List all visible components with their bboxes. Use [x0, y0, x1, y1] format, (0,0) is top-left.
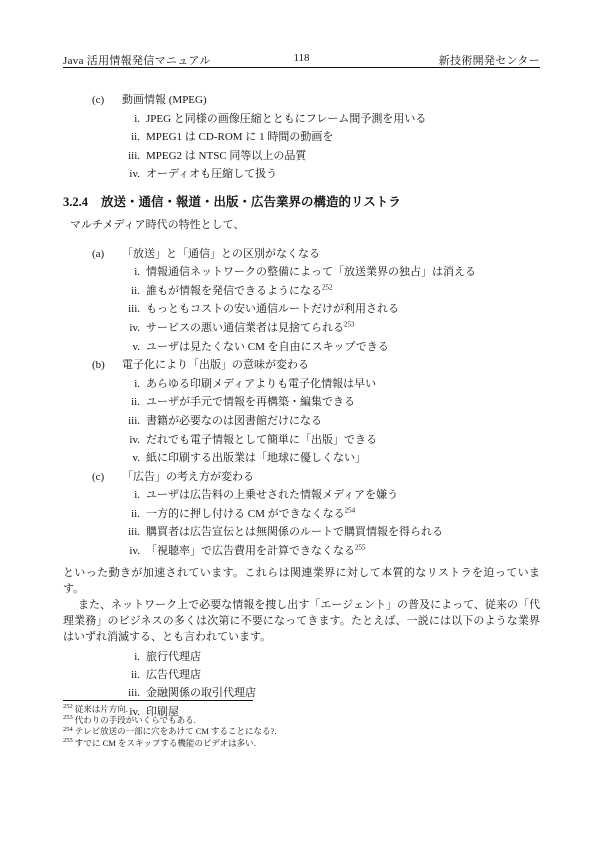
block-label: (c): [92, 91, 110, 110]
footnote-ref: 253: [344, 320, 355, 328]
item-number: ii.: [63, 128, 140, 147]
item-text: ユーザが手元で情報を再構築・編集できる: [140, 393, 355, 412]
list-item: i. ユーザは広告料の上乗せされた情報メディアを嫌う: [63, 486, 540, 505]
block-heading: (c)「広告」の考え方が変わる: [63, 468, 540, 487]
item-text: 誰もが情報を発信できるようになる: [146, 285, 322, 297]
block-label: (c): [92, 468, 110, 487]
list-item: iv. サービスの悪い通信業者は見捨てられる253: [63, 319, 540, 338]
item-text: あらゆる印刷メディアよりも電子化情報は早い: [140, 375, 376, 394]
mpeg-block: (c)動画情報 (MPEG) i. JPEG と同様の画像圧縮とともにフレーム間…: [63, 91, 540, 184]
item-number: iii.: [63, 412, 140, 431]
block-heading: (c)動画情報 (MPEG): [63, 91, 540, 110]
item-text: オーディオも圧縮して扱う: [140, 165, 277, 184]
page-body: (c)動画情報 (MPEG) i. JPEG と同様の画像圧縮とともにフレーム間…: [63, 90, 540, 721]
list-item: ii. 誰もが情報を発信できるようになる252: [63, 282, 540, 301]
list-item: i. 情報通信ネットワークの整備によって「放送業界の独占」は消える: [63, 263, 540, 282]
list-item: i. あらゆる印刷メディアよりも電子化情報は早い: [63, 375, 540, 394]
footnote: 254テレビ放送の一部に穴をあけて CM することになる?.: [63, 726, 540, 737]
item-text: MPEG2 は NTSC 同等以上の品質: [140, 147, 306, 166]
item-text: 書籍が必要なのは図書館だけになる: [140, 412, 322, 431]
footnote-text: テレビ放送の一部に穴をあけて CM することになる?.: [75, 726, 277, 736]
item-number: i.: [63, 110, 140, 129]
footnote-separator: [63, 700, 253, 701]
item-number: iii.: [63, 523, 140, 542]
item-number: i.: [63, 263, 140, 282]
item-text: 購買者は広告宣伝とは無関係のルートで購買情報を得られる: [140, 523, 443, 542]
footnote-ref: 254: [345, 506, 356, 514]
item-text: もっともコストの安い通信ルートだけが利用される: [140, 300, 399, 319]
item-text: JPEG と同様の画像圧縮とともにフレーム間予測を用いる: [140, 110, 426, 129]
item-number: iv.: [63, 542, 140, 561]
item-number: ii.: [63, 282, 140, 301]
item-text: 旅行代理店: [140, 648, 201, 666]
list-item: ii. MPEG1 は CD-ROM に 1 時間の動画を: [63, 128, 540, 147]
item-text: サービスの悪い通信業者は見捨てられる: [146, 322, 344, 334]
topic-block-a: (a)「放送」と「通信」との区別がなくなる i. 情報通信ネットワークの整備によ…: [63, 245, 540, 357]
footnote-area: 252従来は片方向. 253代わりの手段がいくらでもある. 254テレビ放送の一…: [63, 700, 540, 749]
list-item: v. ユーザは見たくない CM を自由にスキップできる: [63, 338, 540, 357]
footnote-text: 従来は片方向.: [75, 704, 128, 714]
document-page: Java 活用情報発信マニュアル 118 新技術開発センター (c)動画情報 (…: [0, 0, 595, 841]
list-item: iii. 購買者は広告宣伝とは無関係のルートで購買情報を得られる: [63, 523, 540, 542]
item-number: i.: [63, 375, 140, 394]
list-item: iii. もっともコストの安い通信ルートだけが利用される: [63, 300, 540, 319]
footnote: 252従来は片方向.: [63, 704, 540, 715]
topic-block-b: (b)電子化により「出版」の意味が変わる i. あらゆる印刷メディアよりも電子化…: [63, 356, 540, 468]
item-number: v.: [63, 338, 140, 357]
block-heading: (a)「放送」と「通信」との区別がなくなる: [63, 245, 540, 264]
item-number: i.: [63, 486, 140, 505]
item-number: ii.: [63, 393, 140, 412]
footnote-number: 252: [63, 703, 73, 710]
item-text: 「視聴率」で広告費用を計算できなくなる: [146, 545, 355, 557]
item-number: v.: [63, 449, 140, 468]
list-item: iv. 「視聴率」で広告費用を計算できなくなる255: [63, 542, 540, 561]
item-number: ii.: [63, 666, 140, 684]
running-header: Java 活用情報発信マニュアル 118 新技術開発センター: [63, 52, 540, 68]
list-item: v. 紙に印刷する出版業は「地球に優しくない」: [63, 449, 540, 468]
body-paragraph: といった動きが加速されています。これらは関連業界に対して本質的なリストラを迫って…: [63, 565, 540, 597]
item-text: ユーザは広告料の上乗せされた情報メディアを嫌う: [140, 486, 398, 505]
block-title: 「広告」の考え方が変わる: [122, 471, 254, 483]
list-item: iv. だれでも電子情報として簡単に「出版」できる: [63, 431, 540, 450]
footnote-number: 253: [63, 714, 73, 721]
item-number: iv.: [63, 165, 140, 184]
list-item: iv. オーディオも圧縮して扱う: [63, 165, 540, 184]
item-number: i.: [63, 648, 140, 666]
block-title: 「放送」と「通信」との区別がなくなる: [122, 248, 320, 260]
list-item: ii. ユーザが手元で情報を再構築・編集できる: [63, 393, 540, 412]
item-number: iii.: [63, 300, 140, 319]
item-text: 一方的に押し付ける CM ができなくなる: [146, 508, 345, 520]
item-text: 紙に印刷する出版業は「地球に優しくない」: [140, 449, 366, 468]
footnote-ref: 252: [322, 283, 333, 291]
list-item: ii. 広告代理店: [63, 666, 540, 684]
item-text: ユーザは見たくない CM を自由にスキップできる: [140, 338, 389, 357]
item-number: iv.: [63, 319, 140, 338]
footnote-text: 代わりの手段がいくらでもある.: [75, 715, 196, 725]
list-item: i. 旅行代理店: [63, 648, 540, 666]
header-title: Java 活用情報発信マニュアル: [63, 52, 211, 68]
list-item: i. JPEG と同様の画像圧縮とともにフレーム間予測を用いる: [63, 110, 540, 129]
footnote-text: すでに CM をスキップする機能のビデオは多い.: [75, 738, 256, 748]
intro-paragraph: マルチメディア時代の特性として、: [63, 216, 540, 235]
item-text: 情報通信ネットワークの整備によって「放送業界の独占」は消える: [140, 263, 476, 282]
block-title: 動画情報 (MPEG): [122, 94, 207, 106]
item-number: iii.: [63, 147, 140, 166]
block-label: (a): [92, 245, 110, 264]
block-label: (b): [92, 356, 110, 375]
item-text: 広告代理店: [140, 666, 201, 684]
list-item: iii. 書籍が必要なのは図書館だけになる: [63, 412, 540, 431]
section-number: 3.2.4: [63, 195, 88, 209]
section-title: 放送・通信・報道・出版・広告業界の構造的リストラ: [101, 195, 401, 209]
item-number: ii.: [63, 505, 140, 524]
footnote: 255すでに CM をスキップする機能のビデオは多い.: [63, 738, 540, 749]
topic-block-c: (c)「広告」の考え方が変わる i. ユーザは広告料の上乗せされた情報メディアを…: [63, 468, 540, 561]
item-text: だれでも電子情報として簡単に「出版」できる: [140, 431, 377, 450]
footnote: 253代わりの手段がいくらでもある.: [63, 715, 540, 726]
block-title: 電子化により「出版」の意味が変わる: [122, 359, 309, 371]
item-number: iv.: [63, 431, 140, 450]
item-text: MPEG1 は CD-ROM に 1 時間の動画を: [140, 128, 333, 147]
list-item: ii. 一方的に押し付ける CM ができなくなる254: [63, 505, 540, 524]
body-paragraph: また、ネットワーク上で必要な情報を捜し出す「エージェント」の普及によって、従来の…: [63, 597, 540, 646]
footnote-ref: 255: [355, 543, 366, 551]
list-item: iii. MPEG2 は NTSC 同等以上の品質: [63, 147, 540, 166]
header-organization: 新技術開発センター: [439, 52, 540, 68]
footnote-number: 255: [63, 737, 73, 744]
section-heading: 3.2.4放送・通信・報道・出版・広告業界の構造的リストラ: [63, 193, 540, 211]
footnote-number: 254: [63, 726, 73, 733]
page-number: 118: [293, 52, 309, 64]
block-heading: (b)電子化により「出版」の意味が変わる: [63, 356, 540, 375]
